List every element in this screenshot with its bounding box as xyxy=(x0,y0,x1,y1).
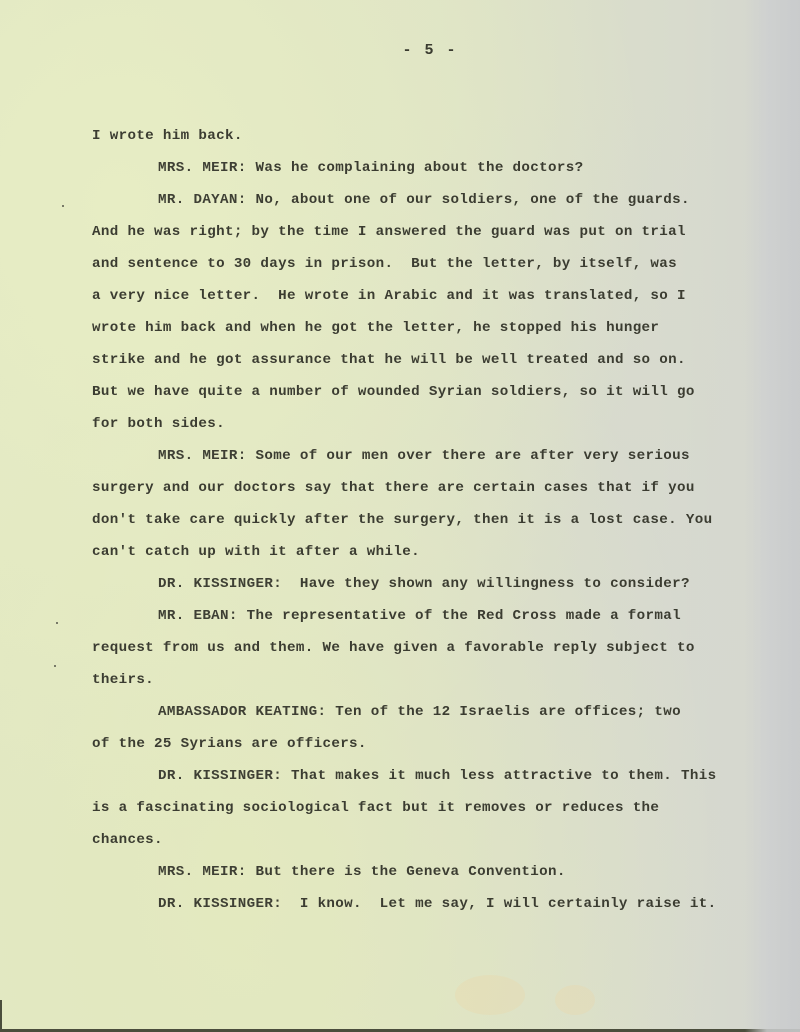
stray-ink-dot xyxy=(56,622,58,624)
transcript-line: DR. KISSINGER: I know. Let me say, I wil… xyxy=(92,888,772,920)
transcript-line: strike and he got assurance that he will… xyxy=(92,344,772,376)
transcript-line: is a fascinating sociological fact but i… xyxy=(92,792,772,824)
line-text: The representative of the Red Cross made… xyxy=(238,608,681,624)
line-text: surgery and our doctors say that there a… xyxy=(92,480,695,496)
page-number: - 5 - xyxy=(0,42,800,59)
transcript-line: I wrote him back. xyxy=(92,120,772,152)
transcript-line: don't take care quickly after the surger… xyxy=(92,504,772,536)
line-text: Was he complaining about the doctors? xyxy=(247,160,584,176)
transcript-line: for both sides. xyxy=(92,408,772,440)
stray-ink-dot xyxy=(62,205,64,207)
transcript-line: DR. KISSINGER: That makes it much less a… xyxy=(92,760,772,792)
transcript-line: DR. KISSINGER: Have they shown any willi… xyxy=(92,568,772,600)
transcript-line: MR. DAYAN: No, about one of our soldiers… xyxy=(92,184,772,216)
speaker-label: DR. KISSINGER: xyxy=(158,576,282,592)
line-text: That makes it much less attractive to th… xyxy=(282,768,716,784)
line-text: Some of our men over there are after ver… xyxy=(247,448,690,464)
line-text: theirs. xyxy=(92,672,154,688)
transcript-body: I wrote him back. MRS. MEIR: Was he comp… xyxy=(92,120,772,920)
line-text: for both sides. xyxy=(92,416,225,432)
transcript-line: MRS. MEIR: Was he complaining about the … xyxy=(92,152,772,184)
speaker-label: MRS. MEIR: xyxy=(158,864,247,880)
paper-stain xyxy=(455,975,525,1015)
scan-edge-left xyxy=(0,1000,2,1032)
transcript-line: MR. EBAN: The representative of the Red … xyxy=(92,600,772,632)
line-text: don't take care quickly after the surger… xyxy=(92,512,712,528)
transcript-line: and sentence to 30 days in prison. But t… xyxy=(92,248,772,280)
line-text: is a fascinating sociological fact but i… xyxy=(92,800,659,816)
transcript-line: theirs. xyxy=(92,664,772,696)
paper-stain xyxy=(555,985,595,1015)
line-text: Have they shown any willingness to consi… xyxy=(282,576,690,592)
speaker-label: MR. EBAN: xyxy=(158,608,238,624)
transcript-line: But we have quite a number of wounded Sy… xyxy=(92,376,772,408)
transcript-line: AMBASSADOR KEATING: Ten of the 12 Israel… xyxy=(92,696,772,728)
transcript-line: of the 25 Syrians are officers. xyxy=(92,728,772,760)
scanned-page: - 5 - I wrote him back. MRS. MEIR: Was h… xyxy=(0,0,800,1032)
line-text: and sentence to 30 days in prison. But t… xyxy=(92,256,677,272)
transcript-line: MRS. MEIR: But there is the Geneva Conve… xyxy=(92,856,772,888)
line-text: strike and he got assurance that he will… xyxy=(92,352,686,368)
line-text: But there is the Geneva Convention. xyxy=(247,864,566,880)
transcript-line: wrote him back and when he got the lette… xyxy=(92,312,772,344)
speaker-label: DR. KISSINGER: xyxy=(158,896,282,912)
line-text: But we have quite a number of wounded Sy… xyxy=(92,384,695,400)
line-text: And he was right; by the time I answered… xyxy=(92,224,686,240)
line-text: request from us and them. We have given … xyxy=(92,640,695,656)
transcript-line: chances. xyxy=(92,824,772,856)
transcript-line: And he was right; by the time I answered… xyxy=(92,216,772,248)
line-text: wrote him back and when he got the lette… xyxy=(92,320,659,336)
line-text: can't catch up with it after a while. xyxy=(92,544,420,560)
transcript-line: MRS. MEIR: Some of our men over there ar… xyxy=(92,440,772,472)
transcript-line: surgery and our doctors say that there a… xyxy=(92,472,772,504)
line-text: I wrote him back. xyxy=(92,128,243,144)
speaker-label: MR. DAYAN: xyxy=(158,192,247,208)
line-text: a very nice letter. He wrote in Arabic a… xyxy=(92,288,686,304)
line-text: chances. xyxy=(92,832,163,848)
line-text: Ten of the 12 Israelis are offices; two xyxy=(326,704,681,720)
transcript-line: a very nice letter. He wrote in Arabic a… xyxy=(92,280,772,312)
line-text: No, about one of our soldiers, one of th… xyxy=(247,192,690,208)
speaker-label: DR. KISSINGER: xyxy=(158,768,282,784)
line-text: I know. Let me say, I will certainly rai… xyxy=(282,896,716,912)
speaker-label: AMBASSADOR KEATING: xyxy=(158,704,326,720)
speaker-label: MRS. MEIR: xyxy=(158,160,247,176)
transcript-line: request from us and them. We have given … xyxy=(92,632,772,664)
stray-ink-dot xyxy=(54,665,56,667)
speaker-label: MRS. MEIR: xyxy=(158,448,247,464)
transcript-line: can't catch up with it after a while. xyxy=(92,536,772,568)
line-text: of the 25 Syrians are officers. xyxy=(92,736,367,752)
